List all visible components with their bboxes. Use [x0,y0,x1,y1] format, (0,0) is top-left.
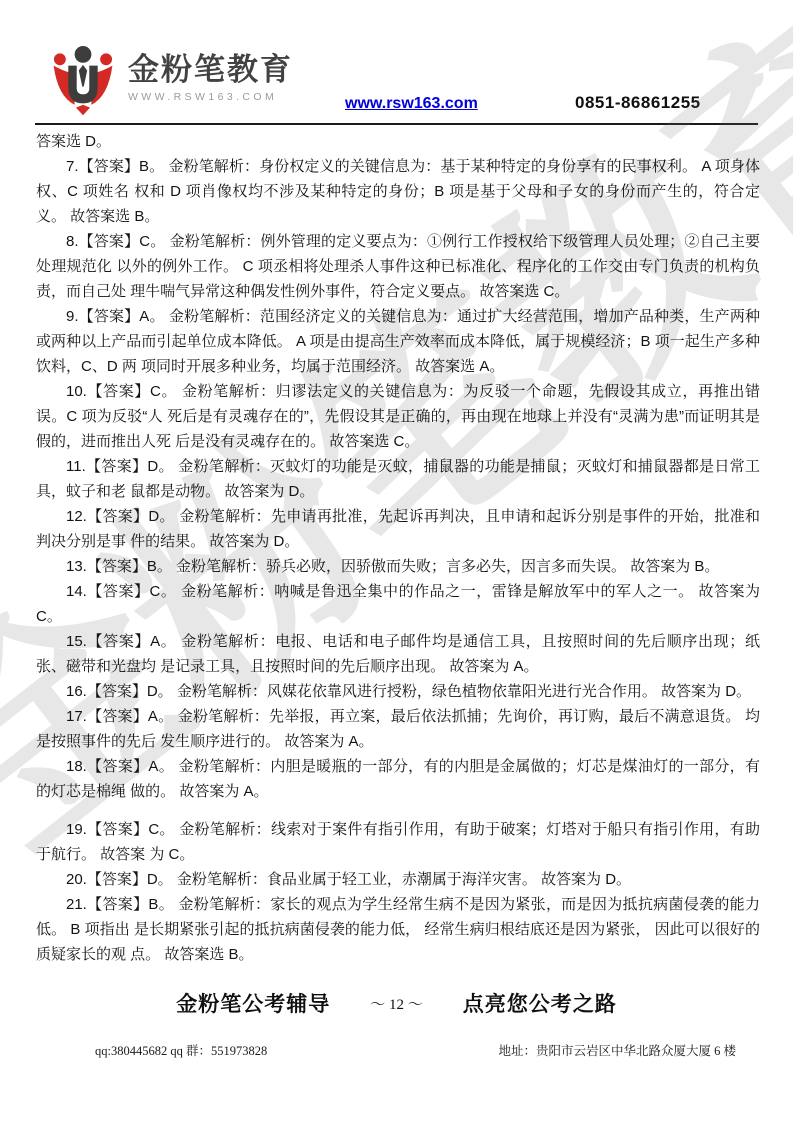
address: 地址：贵阳市云岩区中华北路众厦大厦 6 楼 [498,1041,736,1059]
page-footer: 金粉笔公考辅导 ～ 12 ～ 点亮您公考之路 [0,988,793,1018]
header-divider [35,123,758,125]
answer-paragraph: 13.【答案】B。 金粉笔解析：骄兵必败，因骄傲而失败；言多必失，因言多而失误。… [36,554,760,579]
answer-paragraph: 14.【答案】C。 金粉笔解析：呐喊是鲁迅全集中的作品之一，雷锋是解放军中的军人… [36,579,760,629]
brand-logo-icon [48,44,118,118]
answer-paragraph: 15.【答案】A。 金粉笔解析：电报、电话和电子邮件均是通信工具，且按照时间的先… [36,629,760,679]
answer-paragraph: 21.【答案】B。 金粉笔解析：家长的观点为学生经常生病不是因为紧张，而是因为抵… [36,892,760,967]
brand-site-url: WWW.RSW163.COM [128,91,293,103]
answer-paragraph: 10.【答案】C。 金粉笔解析：归谬法定义的关键信息为：为反驳一个命题，先假设其… [36,379,760,454]
answer-explanations: 答案选 D。7.【答案】B。 金粉笔解析：身份权定义的关键信息为：基于某种特定的… [36,129,760,967]
document-page: 金粉笔教育 WWW.RSW163.COM www.rsw163.com 0851… [0,0,793,1122]
answer-paragraph: 11.【答案】D。 金粉笔解析：灭蚊灯的功能是灭蚊，捕鼠器的功能是捕鼠；灭蚊灯和… [36,454,760,504]
answer-paragraph: 19.【答案】C。 金粉笔解析：线索对于案件有指引作用，有助于破案；灯塔对于船只… [36,817,760,867]
answer-paragraph: 答案选 D。 [36,129,760,154]
brand-logo: 金粉笔教育 WWW.RSW163.COM [48,44,293,118]
answer-paragraph: 7.【答案】B。 金粉笔解析：身份权定义的关键信息为：基于某种特定的身份享有的民… [36,154,760,229]
answer-paragraph: 9.【答案】A。 金粉笔解析：范围经济定义的关键信息为：通过扩大经营范围，增加产… [36,304,760,379]
brand-logo-text: 金粉笔教育 WWW.RSW163.COM [128,52,293,103]
answer-paragraph: 12.【答案】D。 金粉笔解析：先申请再批准，先起诉再判决，且申请和起诉分别是事… [36,504,760,554]
page-number: ～ 12 ～ [370,993,423,1014]
answer-paragraph: 17.【答案】A。 金粉笔解析：先举报，再立案，最后依法抓捕；先询价，再订购，最… [36,704,760,754]
brand-name: 金粉笔教育 [128,52,293,88]
answer-paragraph: 8.【答案】C。 金粉笔解析：例外管理的定义要点为：①例行工作授权给下级管理人员… [36,229,760,304]
answer-paragraph: 20.【答案】D。 金粉笔解析：食品业属于轻工业，赤潮属于海洋灾害。 故答案为 … [36,867,760,892]
answer-paragraph: 18.【答案】A。 金粉笔解析：内胆是暖瓶的一部分，有的内胆是金属做的；灯芯是煤… [36,754,760,804]
footer-slogan-right: 点亮您公考之路 [463,988,617,1018]
qq-contact: qq:380445682 qq 群：551973828 [95,1041,267,1059]
answer-paragraph: 16.【答案】D。 金粉笔解析：风媒花依靠风进行授粉，绿色植物依靠阳光进行光合作… [36,679,760,704]
website-link[interactable]: www.rsw163.com [345,95,478,113]
contact-footer: qq:380445682 qq 群：551973828 地址：贵阳市云岩区中华北… [95,1041,736,1059]
phone-number: 0851-86861255 [575,93,701,113]
footer-slogan-left: 金粉笔公考辅导 [176,988,330,1018]
